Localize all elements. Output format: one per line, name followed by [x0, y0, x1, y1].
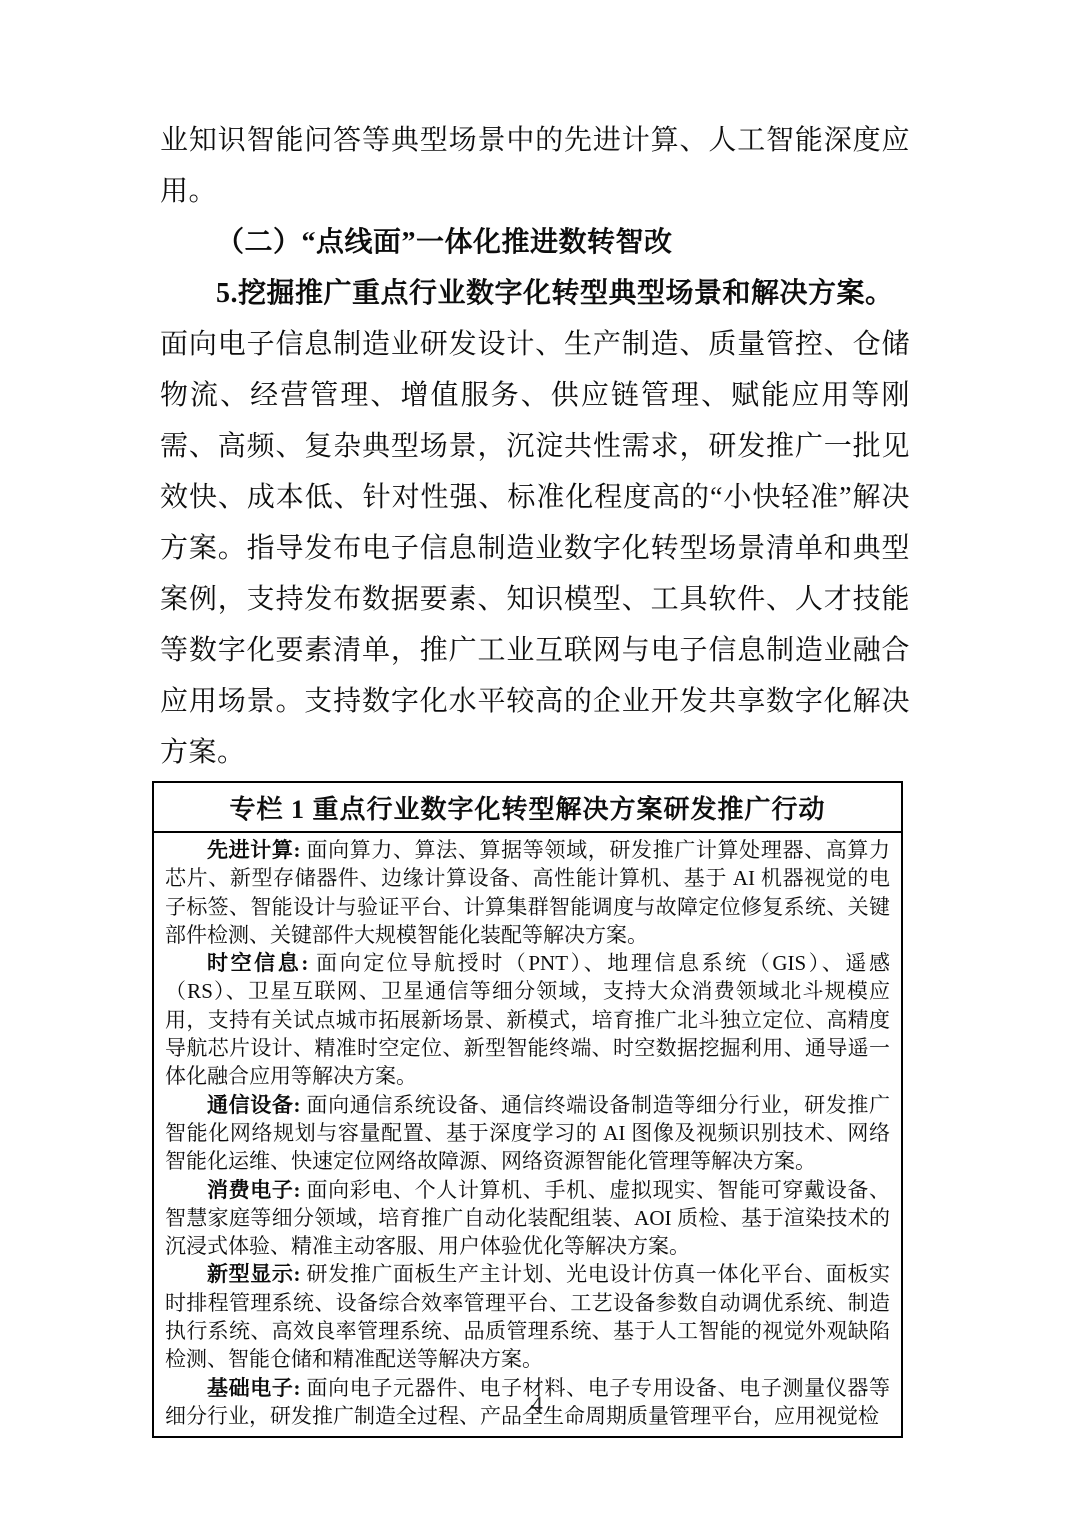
- box-section-label: 消费电子:: [207, 1178, 306, 1202]
- box-section-5: 新型显示: 研发推广面板生产主计划、光电设计仿真一体化平台、面板实时排程管理系统…: [165, 1260, 890, 1373]
- column-box-title: 专栏 1 重点行业数字化转型解决方案研发推广行动: [229, 789, 825, 826]
- box-section-1: 先进计算: 面向算力、算法、算据等领域，研发推广计算处理器、高算力芯片、新型存储…: [165, 836, 890, 949]
- box-section-label: 先进计算:: [207, 838, 306, 862]
- document-content: 业知识智能问答等典型场景中的先进计算、人工智能深度应用。 （二）“点线面”一体化…: [160, 115, 910, 1438]
- box-section-label: 新型显示:: [207, 1262, 306, 1286]
- box-section-4: 消费电子: 面向彩电、个人计算机、手机、虚拟现实、智能可穿戴设备、智慧家庭等细分…: [165, 1176, 890, 1261]
- paragraph-continuation: 业知识智能问答等典型场景中的先进计算、人工智能深度应用。: [160, 115, 910, 217]
- column-box: 专栏 1 重点行业数字化转型解决方案研发推广行动 先进计算: 面向算力、算法、算…: [152, 781, 903, 1438]
- box-section-2: 时空信息: 面向定位导航授时（PNT）、地理信息系统（GIS）、遥感（RS）、卫…: [165, 949, 890, 1090]
- column-box-title-row: 专栏 1 重点行业数字化转型解决方案研发推广行动: [154, 783, 901, 833]
- box-section-label: 通信设备:: [207, 1093, 306, 1117]
- column-box-body: 先进计算: 面向算力、算法、算据等领域，研发推广计算处理器、高算力芯片、新型存储…: [154, 833, 901, 1436]
- box-section-3: 通信设备: 面向通信系统设备、通信终端设备制造等细分行业，研发推广智能化网络规划…: [165, 1091, 890, 1176]
- box-section-label: 时空信息:: [207, 951, 316, 975]
- paragraph-lead: 5.挖掘推广重点行业数字化转型典型场景和解决方案。: [160, 268, 910, 319]
- section-heading: （二）“点线面”一体化推进数转智改: [160, 217, 910, 268]
- page-number: 4: [0, 1392, 1074, 1418]
- document-page: 业知识智能问答等典型场景中的先进计算、人工智能深度应用。 （二）“点线面”一体化…: [0, 0, 1074, 1520]
- paragraph-body: 面向电子信息制造业研发设计、生产制造、质量管控、仓储物流、经营管理、增值服务、供…: [160, 319, 910, 778]
